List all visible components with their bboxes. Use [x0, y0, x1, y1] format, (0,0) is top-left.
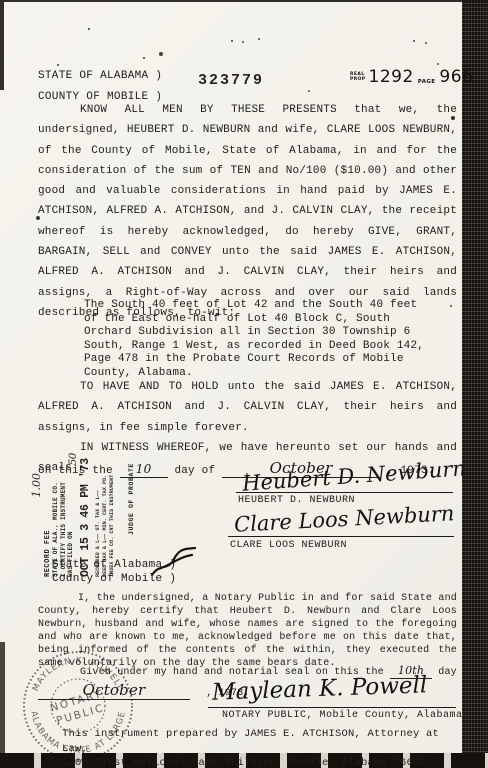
book-number: 1292 [369, 67, 414, 87]
svg-text:MAYLEAN K. POWELL: MAYLEAN K. POWELL [31, 656, 125, 693]
grantor2-signature-line [228, 514, 454, 537]
notary-seal-stamp: MAYLEAN K. POWELL ALABAMA STATE AT LARGE… [10, 648, 146, 768]
venue-state-line: STATE OF ALABAMA ) [38, 66, 162, 87]
scan-edge-left-top [0, 2, 4, 90]
book-stamp-prefix: REAL PROP [350, 72, 366, 82]
notary-venue-county: County of Mobile ) [52, 572, 176, 586]
page-label: PAGE [418, 79, 436, 85]
book-page-stamp: REAL PROP 1292 PAGE 966 [350, 67, 473, 87]
instrument-number: 323779 [198, 72, 264, 89]
notary-venue: State of Alabama ) County of Mobile ) [52, 558, 176, 586]
seal-ring-top-text: MAYLEAN K. POWELL [31, 656, 125, 693]
scan-edge-top [0, 0, 488, 2]
scan-edge-right [462, 0, 488, 768]
granting-paragraph: KNOW ALL MEN BY THESE PRESENTS that we, … [38, 100, 457, 323]
grantor1-typed-name: HEUBERT D. NEWBURN [238, 495, 355, 506]
habendum-paragraph: TO HAVE AND TO HOLD unto the said JAMES … [38, 377, 457, 438]
legal-description: The South 40 feet of Lot 42 and the Sout… [84, 299, 434, 381]
book-stamp-prefix-bottom: PROP [350, 77, 366, 82]
scan-edge-left-bottom [0, 642, 5, 760]
stamp-handwritten-50: 50 [68, 453, 79, 465]
given-suffix: day [438, 667, 457, 678]
scanned-deed-page: STATE OF ALABAMA ) COUNTY OF MOBILE ) 32… [0, 0, 488, 768]
scan-speckles [88, 28, 90, 30]
record-fee-label: RECORD FEE [44, 457, 52, 577]
page-number: 966 [439, 67, 473, 87]
grantor2-typed-name: CLARE LOOS NEWBURN [230, 540, 347, 551]
notary-signature-line [208, 683, 456, 708]
grantor1-signature-line [236, 471, 453, 493]
record-fee-handwritten: 1.00 [30, 457, 44, 577]
notary-venue-state: State of Alabama ) [52, 558, 176, 572]
notary-typed-label: NOTARY PUBLIC, Mobile County, Alabama [222, 710, 463, 721]
